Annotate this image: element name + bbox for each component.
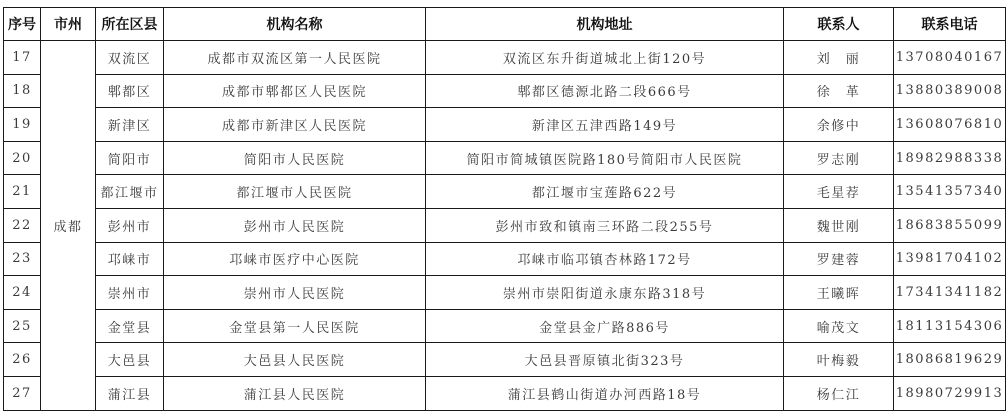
serial-no: 21: [4, 175, 41, 209]
table-row: 18 郫都区 成都市郫都区人民医院 郫都区德源北路二段666号 徐 革 1388…: [4, 74, 1006, 108]
institution-address: 简阳市简城镇医院路180号简阳市人民医院: [426, 141, 784, 175]
district: 崇州市: [96, 276, 164, 310]
contact-phone: 13981704102: [894, 242, 1006, 276]
table-row: 25 金堂县 金堂县第一人民医院 金堂县金广路886号 喻茂文 18113154…: [4, 309, 1006, 343]
serial-no: 18: [4, 74, 41, 108]
contact-phone: 18086819629: [894, 343, 1006, 377]
contact-phone: 13880389008: [894, 74, 1006, 108]
serial-no: 23: [4, 242, 41, 276]
serial-no: 20: [4, 141, 41, 175]
contact-person: 王曦晖: [784, 276, 894, 310]
serial-no: 26: [4, 343, 41, 377]
institution-address: 蒲江县鹤山街道办河西路18号: [426, 376, 784, 410]
table-row: 21 都江堰市 都江堰市人民医院 都江堰市宝莲路622号 毛星荐 1354135…: [4, 175, 1006, 209]
contact-person: 刘 丽: [784, 41, 894, 75]
contact-phone: 13708040167: [894, 41, 1006, 75]
serial-no: 24: [4, 276, 41, 310]
institution-address: 郫都区德源北路二段666号: [426, 74, 784, 108]
contact-phone: 17341341182: [894, 276, 1006, 310]
city-cell: 成都: [41, 41, 96, 411]
institution-name: 成都市新津区人民医院: [164, 108, 426, 142]
district: 双流区: [96, 41, 164, 75]
table-row: 23 邛崃市 邛崃市医疗中心医院 邛崃市临邛镇杏林路172号 罗建蓉 13981…: [4, 242, 1006, 276]
institution-name: 蒲江县人民医院: [164, 376, 426, 410]
table-row: 22 彭州市 彭州市人民医院 彭州市致和镇南三环路二段255号 魏世刚 1868…: [4, 208, 1006, 242]
district: 简阳市: [96, 141, 164, 175]
header-contact-person: 联系人: [784, 8, 894, 41]
serial-no: 17: [4, 41, 41, 75]
table-row: 24 崇州市 崇州市人民医院 崇州市崇阳街道永康东路318号 王曦晖 17341…: [4, 276, 1006, 310]
institution-name: 成都市双流区第一人民医院: [164, 41, 426, 75]
contact-person: 杨仁江: [784, 376, 894, 410]
contact-person: 罗建蓉: [784, 242, 894, 276]
institution-address: 大邑县晋原镇北街323号: [426, 343, 784, 377]
institution-address: 彭州市致和镇南三环路二段255号: [426, 208, 784, 242]
contact-person: 余修中: [784, 108, 894, 142]
header-row: 序号 市州 所在区县 机构名称 机构地址 联系人 联系电话: [4, 8, 1006, 41]
contact-phone: 13608076810: [894, 108, 1006, 142]
table-row: 20 简阳市 简阳市人民医院 简阳市简城镇医院路180号简阳市人民医院 罗志刚 …: [4, 141, 1006, 175]
institution-name: 金堂县第一人民医院: [164, 309, 426, 343]
institution-name: 邛崃市医疗中心医院: [164, 242, 426, 276]
table-row: 17 成都 双流区 成都市双流区第一人民医院 双流区东升街道城北上街120号 刘…: [4, 41, 1006, 75]
contact-person: 喻茂文: [784, 309, 894, 343]
header-city: 市州: [41, 8, 96, 41]
serial-no: 19: [4, 108, 41, 142]
serial-no: 22: [4, 208, 41, 242]
institution-name: 都江堰市人民医院: [164, 175, 426, 209]
institution-name: 崇州市人民医院: [164, 276, 426, 310]
contact-phone: 18683855099: [894, 208, 1006, 242]
table-row: 27 蒲江县 蒲江县人民医院 蒲江县鹤山街道办河西路18号 杨仁江 189807…: [4, 376, 1006, 410]
institution-address: 新津区五津西路149号: [426, 108, 784, 142]
contact-phone: 18980729913: [894, 376, 1006, 410]
contact-person: 罗志刚: [784, 141, 894, 175]
institution-name: 彭州市人民医院: [164, 208, 426, 242]
header-district: 所在区县: [96, 8, 164, 41]
institution-name: 简阳市人民医院: [164, 141, 426, 175]
district: 新津区: [96, 108, 164, 142]
header-institution-name: 机构名称: [164, 8, 426, 41]
district: 邛崃市: [96, 242, 164, 276]
institution-address: 双流区东升街道城北上街120号: [426, 41, 784, 75]
district: 蒲江县: [96, 376, 164, 410]
district: 大邑县: [96, 343, 164, 377]
table-row: 19 新津区 成都市新津区人民医院 新津区五津西路149号 余修中 136080…: [4, 108, 1006, 142]
contact-person: 魏世刚: [784, 208, 894, 242]
contact-person: 叶梅毅: [784, 343, 894, 377]
institution-address: 金堂县金广路886号: [426, 309, 784, 343]
header-institution-address: 机构地址: [426, 8, 784, 41]
hospital-contact-table: 序号 市州 所在区县 机构名称 机构地址 联系人 联系电话 17 成都 双流区 …: [3, 7, 1006, 411]
institution-address: 崇州市崇阳街道永康东路318号: [426, 276, 784, 310]
district: 金堂县: [96, 309, 164, 343]
contact-phone: 18982988338: [894, 141, 1006, 175]
header-serial-no: 序号: [4, 8, 41, 41]
district: 郫都区: [96, 74, 164, 108]
serial-no: 25: [4, 309, 41, 343]
institution-name: 成都市郫都区人民医院: [164, 74, 426, 108]
district: 都江堰市: [96, 175, 164, 209]
institution-address: 都江堰市宝莲路622号: [426, 175, 784, 209]
header-contact-phone: 联系电话: [894, 8, 1006, 41]
district: 彭州市: [96, 208, 164, 242]
institution-address: 邛崃市临邛镇杏林路172号: [426, 242, 784, 276]
serial-no: 27: [4, 376, 41, 410]
institution-name: 大邑县人民医院: [164, 343, 426, 377]
contact-person: 毛星荐: [784, 175, 894, 209]
contact-phone: 13541357340: [894, 175, 1006, 209]
contact-person: 徐 革: [784, 74, 894, 108]
contact-phone: 18113154306: [894, 309, 1006, 343]
table-row: 26 大邑县 大邑县人民医院 大邑县晋原镇北街323号 叶梅毅 18086819…: [4, 343, 1006, 377]
